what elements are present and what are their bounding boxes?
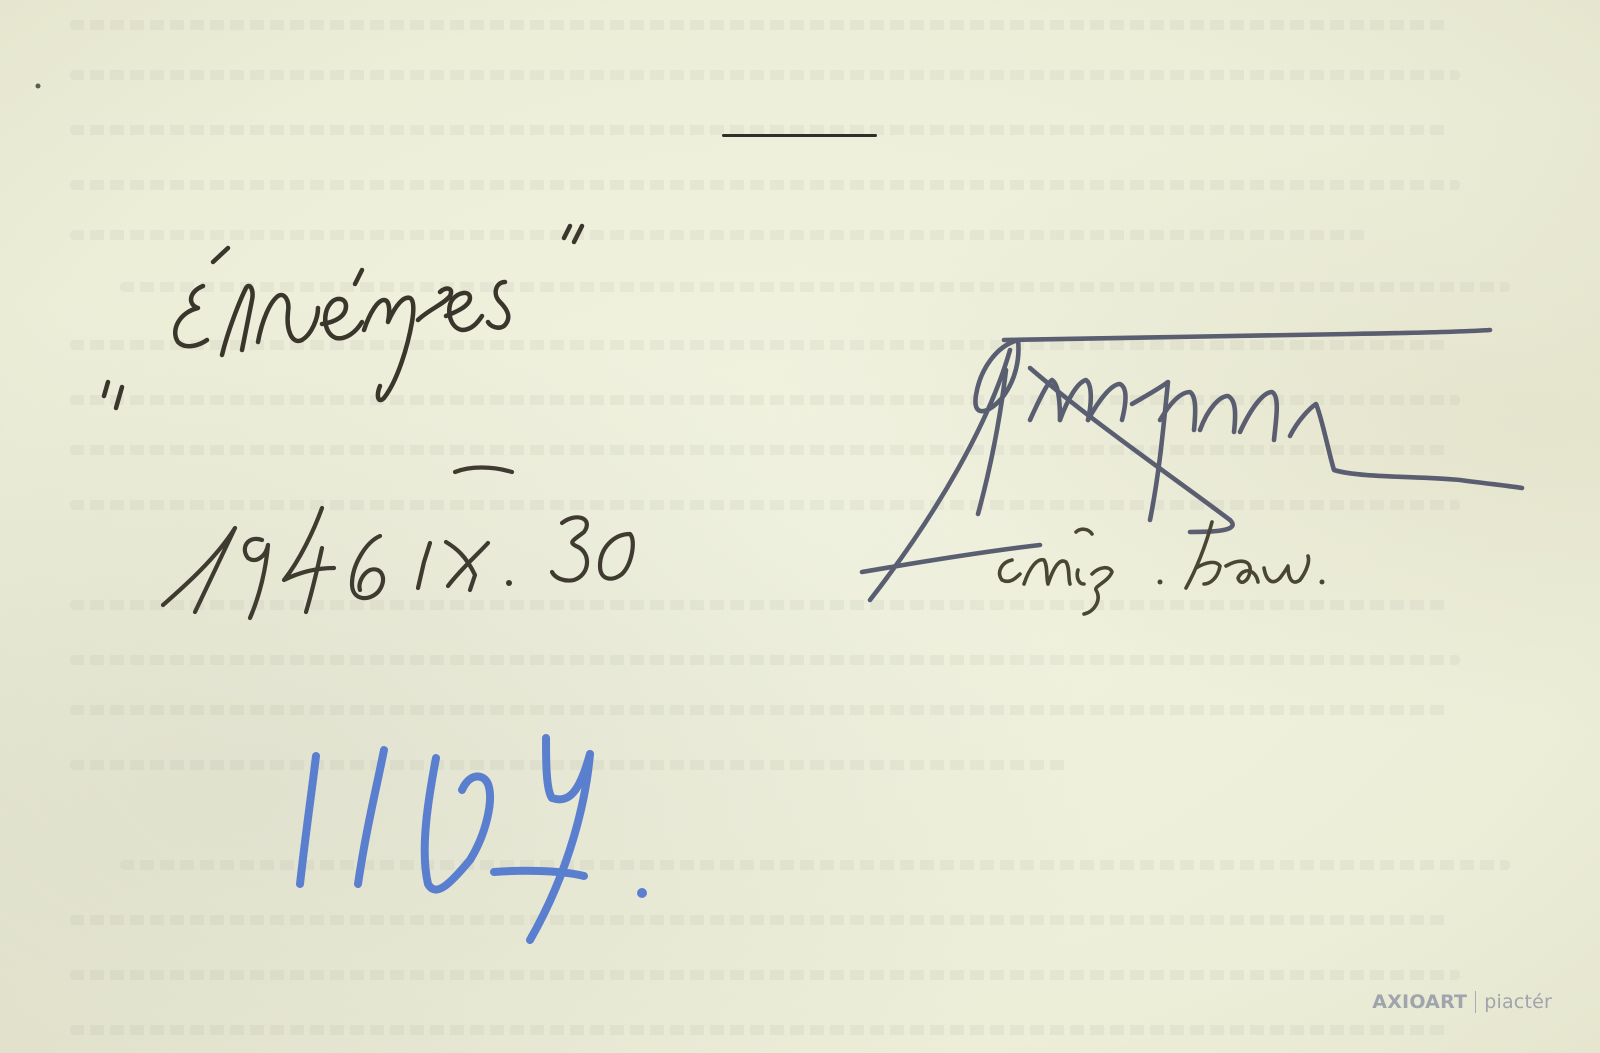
printed-separator-rule bbox=[722, 134, 877, 137]
watermark-section: piactér bbox=[1484, 991, 1552, 1013]
axioart-watermark: AXIOART piactér bbox=[1372, 991, 1552, 1013]
reverse-side-showthrough bbox=[0, 0, 1600, 1053]
watermark-brand: AXIOART bbox=[1372, 991, 1467, 1013]
watermark-separator bbox=[1475, 991, 1476, 1013]
